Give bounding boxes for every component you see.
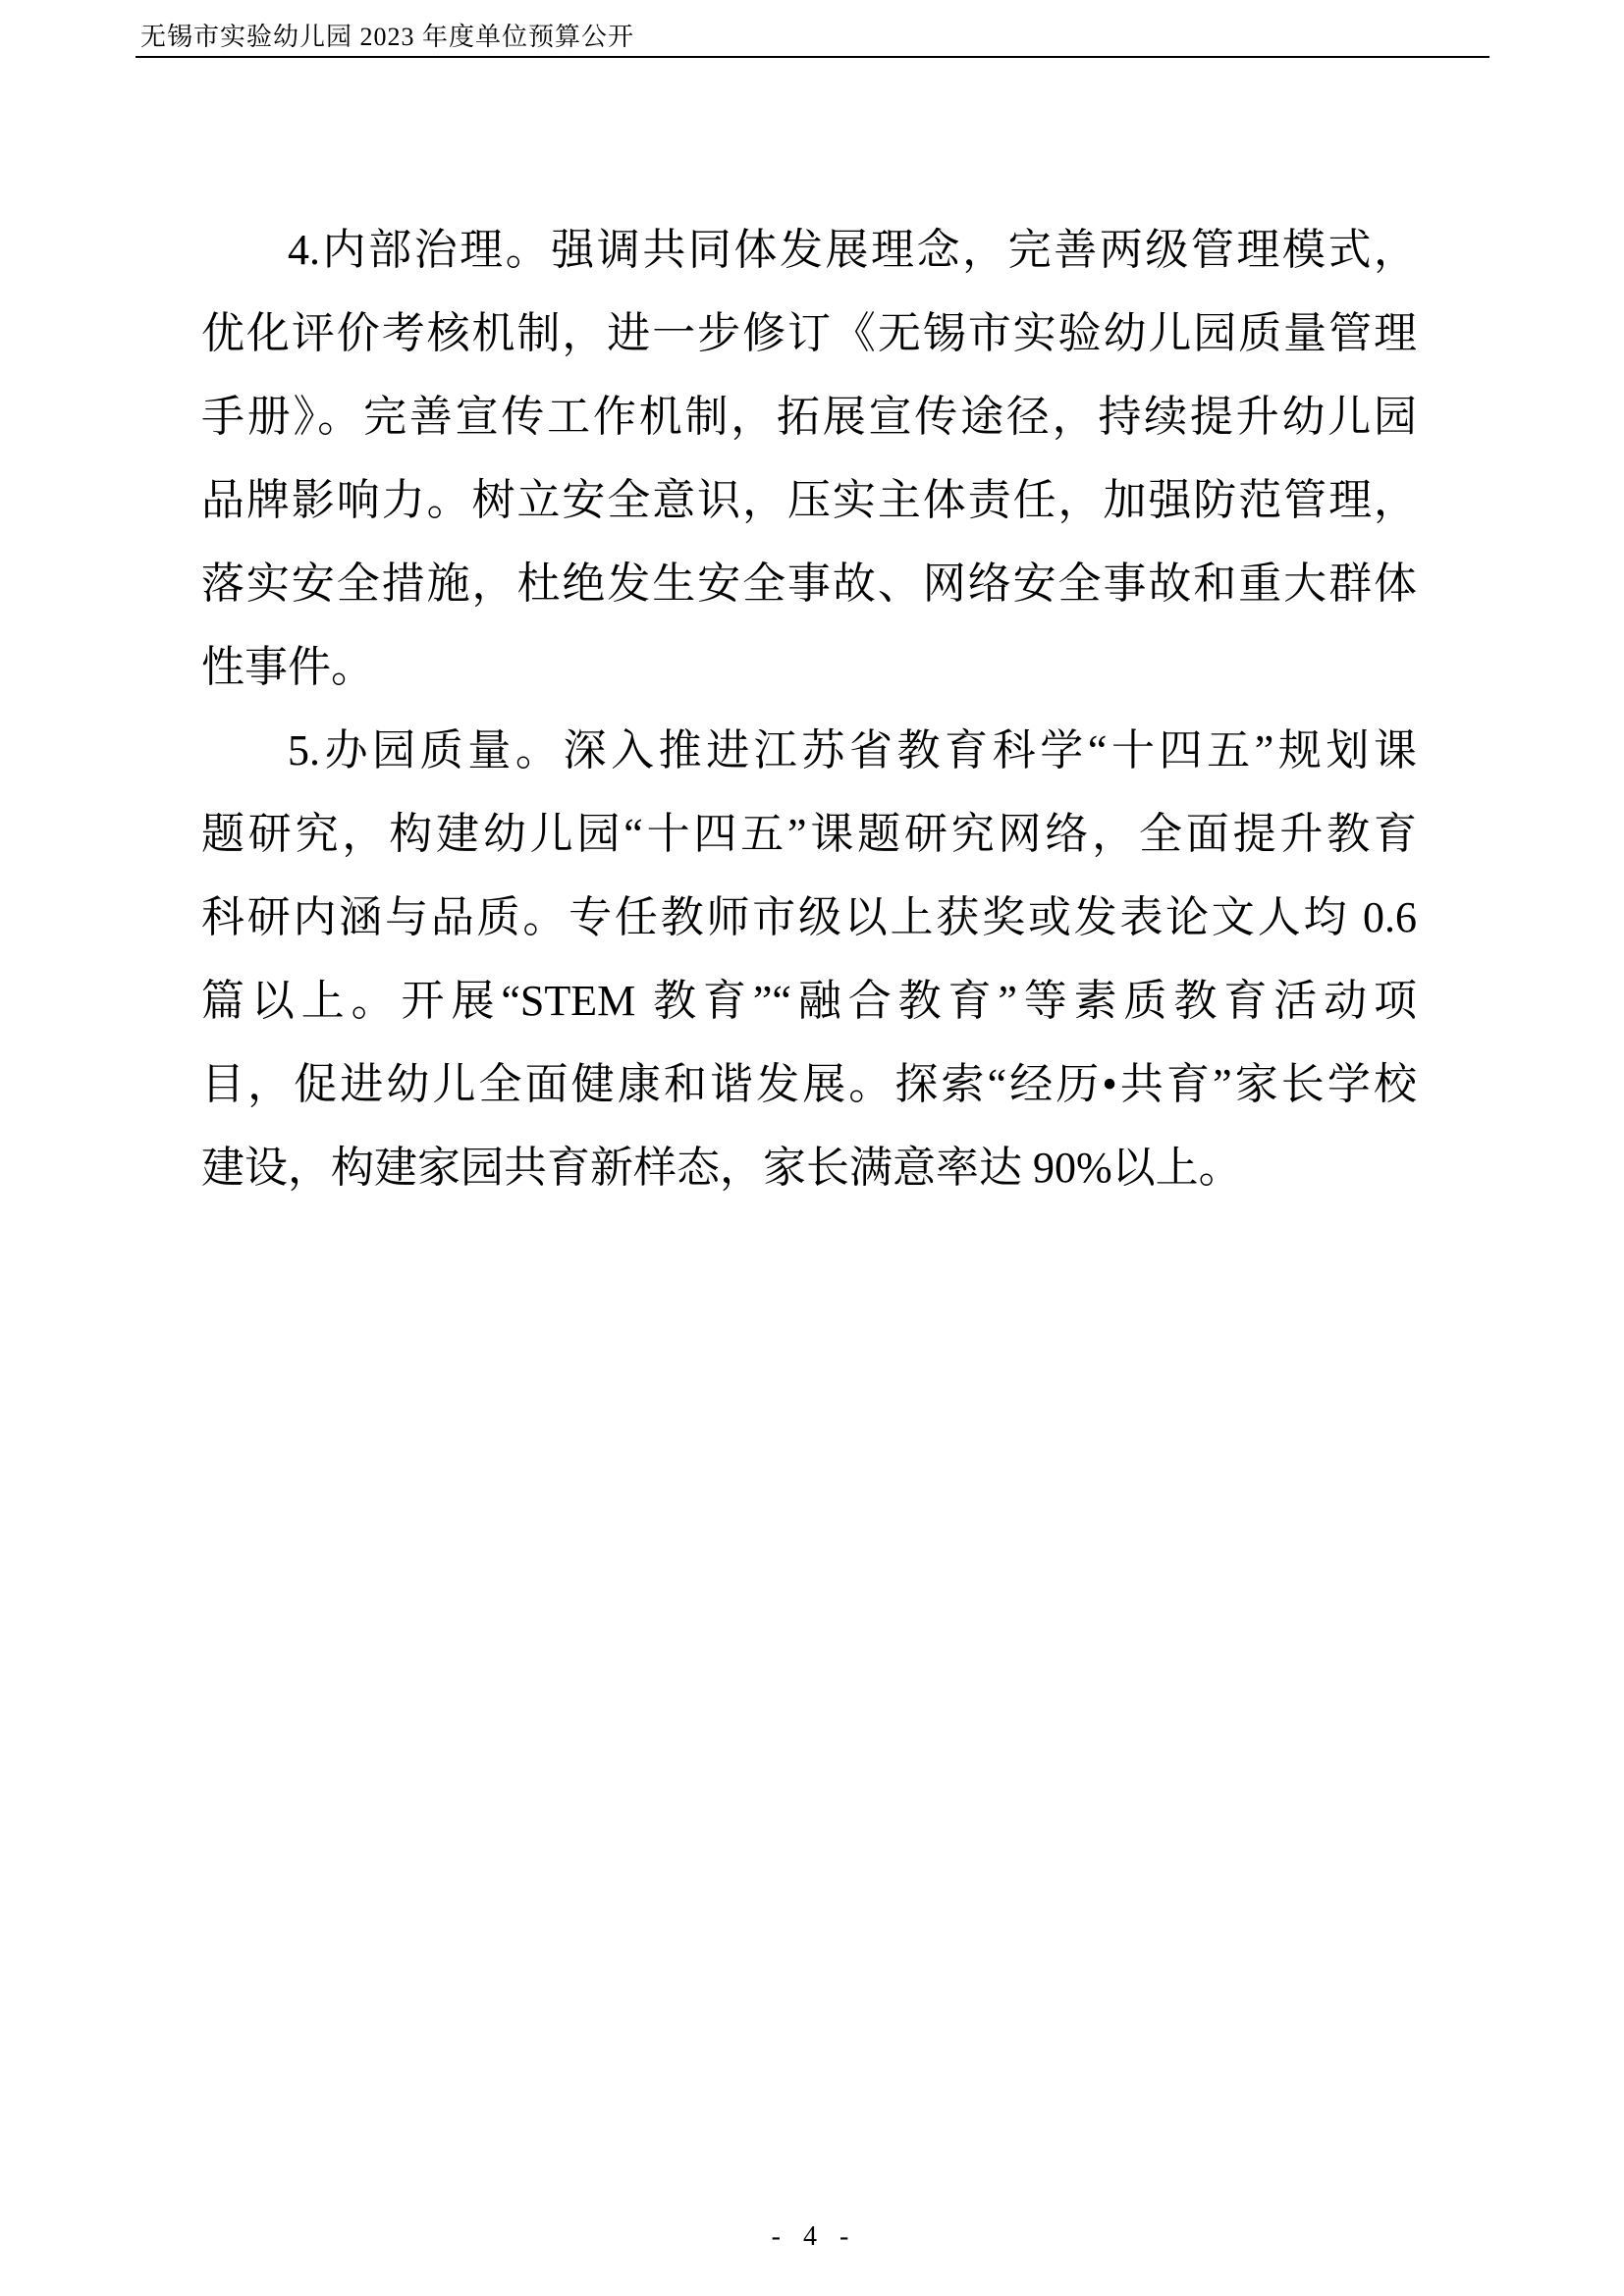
body-line: 优化评价考核机制，进一步修订《无锡市实验幼儿园质量管理 (201, 292, 1417, 375)
body-line: 目，促进幼儿全面健康和谐发展。探索“经历•共育”家长学校 (201, 1042, 1417, 1126)
body-line: 品牌影响力。树立安全意识，压实主体责任，加强防范管理， (201, 458, 1417, 542)
document-page: 无锡市实验幼儿园 2023 年度单位预算公开 4.内部治理。强调共同体发展理念，… (0, 0, 1624, 2296)
body-line: 建设，构建家园共育新样态，家长满意率达 90%以上。 (201, 1126, 1417, 1209)
body-line: 篇以上。开展“STEM 教育”“融合教育”等素质教育活动项 (201, 959, 1417, 1042)
page-header-title: 无锡市实验幼儿园 2023 年度单位预算公开 (140, 22, 634, 53)
body-line: 落实安全措施，杜绝发生安全事故、网络安全事故和重大群体 (201, 542, 1417, 625)
body-line: 5.办园质量。深入推进江苏省教育科学“十四五”规划课 (201, 709, 1417, 792)
body-line: 4.内部治理。强调共同体发展理念，完善两级管理模式， (201, 208, 1417, 292)
body-line: 性事件。 (201, 625, 1417, 709)
body-line: 题研究，构建幼儿园“十四五”课题研究网络，全面提升教育 (201, 792, 1417, 876)
body-line: 手册》。完善宣传工作机制，拓展宣传途径，持续提升幼儿园 (201, 375, 1417, 458)
body-line: 科研内涵与品质。专任教师市级以上获奖或发表论文人均 0.6 (201, 876, 1417, 959)
page-number: - 4 - (0, 2220, 1624, 2254)
header-divider-line (135, 56, 1489, 58)
document-body: 4.内部治理。强调共同体发展理念，完善两级管理模式， 优化评价考核机制，进一步修… (201, 208, 1417, 1209)
